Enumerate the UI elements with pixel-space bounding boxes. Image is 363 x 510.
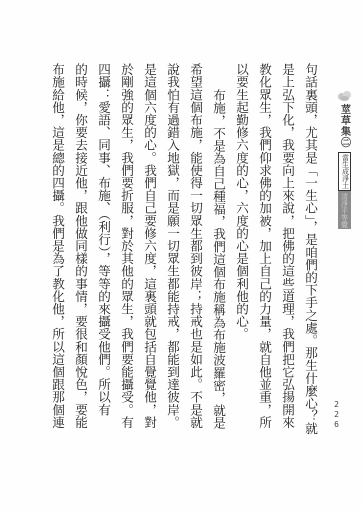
- text-column-11: 的時候，你要去接近他，跟他做同樣的事情，要很和顏悅色，要能: [71, 63, 87, 428]
- book-page: 莖草集㊁ 當生成淨土 清淨平等覺 句話裏頭，尤其是「一生心」，是咱們的下手之處。…: [0, 0, 363, 510]
- page-number: 226: [329, 400, 341, 430]
- text-column-7: 說我怕有過錯入地獄，而是願一切眾生都能持戒，都能到達彼岸。: [163, 63, 179, 428]
- series-band: 清淨平等覺: [338, 191, 351, 229]
- text-column-1: 句話裏頭，尤其是「一生心」，是咱們的下手之處。那生什麼心？就: [301, 63, 317, 435]
- text-column-8: 是這個六度的心。我們自己要修六度，這裏頭就包括自覺覺他，對: [140, 63, 156, 428]
- text-column-9: 於剛強的眾生，我們要折服，對於其他的眾生，我們要能攝受。有: [117, 63, 133, 428]
- lotus-logo-icon: [336, 90, 352, 102]
- series-label: 當生成淨土: [338, 152, 351, 191]
- text-column-4: 以要生起勤修六度的心，六度的心是個利他的心。: [232, 63, 248, 340]
- book-title: 莖草集㊁: [339, 104, 350, 148]
- running-head: 莖草集㊁ 當生成淨土 清淨平等覺: [333, 90, 355, 229]
- text-column-2: 是上弘下化，我要向上來說，把佛的這些道理，我們把它弘揚開來: [278, 63, 294, 428]
- text-column-10: 四攝：愛語、同事、布施、（利行），等等的來攝受他們。所以有: [94, 63, 110, 416]
- text-column-5-paragraph-start: 布施，不是為自己種福，我們這個布施稱為布施波羅密，就是: [209, 89, 225, 429]
- text-column-12: 布施給他，這是總的四攝。我們是為了教化他，所以這個跟那個連: [48, 63, 64, 428]
- text-column-6: 希望這個布施，能使得一切眾生都到彼岸；持戒也是如此。不是就: [186, 63, 202, 428]
- text-column-3: 教化眾生，我們仰求佛的加被，加上自己的力量，就自他並重，所: [255, 63, 271, 428]
